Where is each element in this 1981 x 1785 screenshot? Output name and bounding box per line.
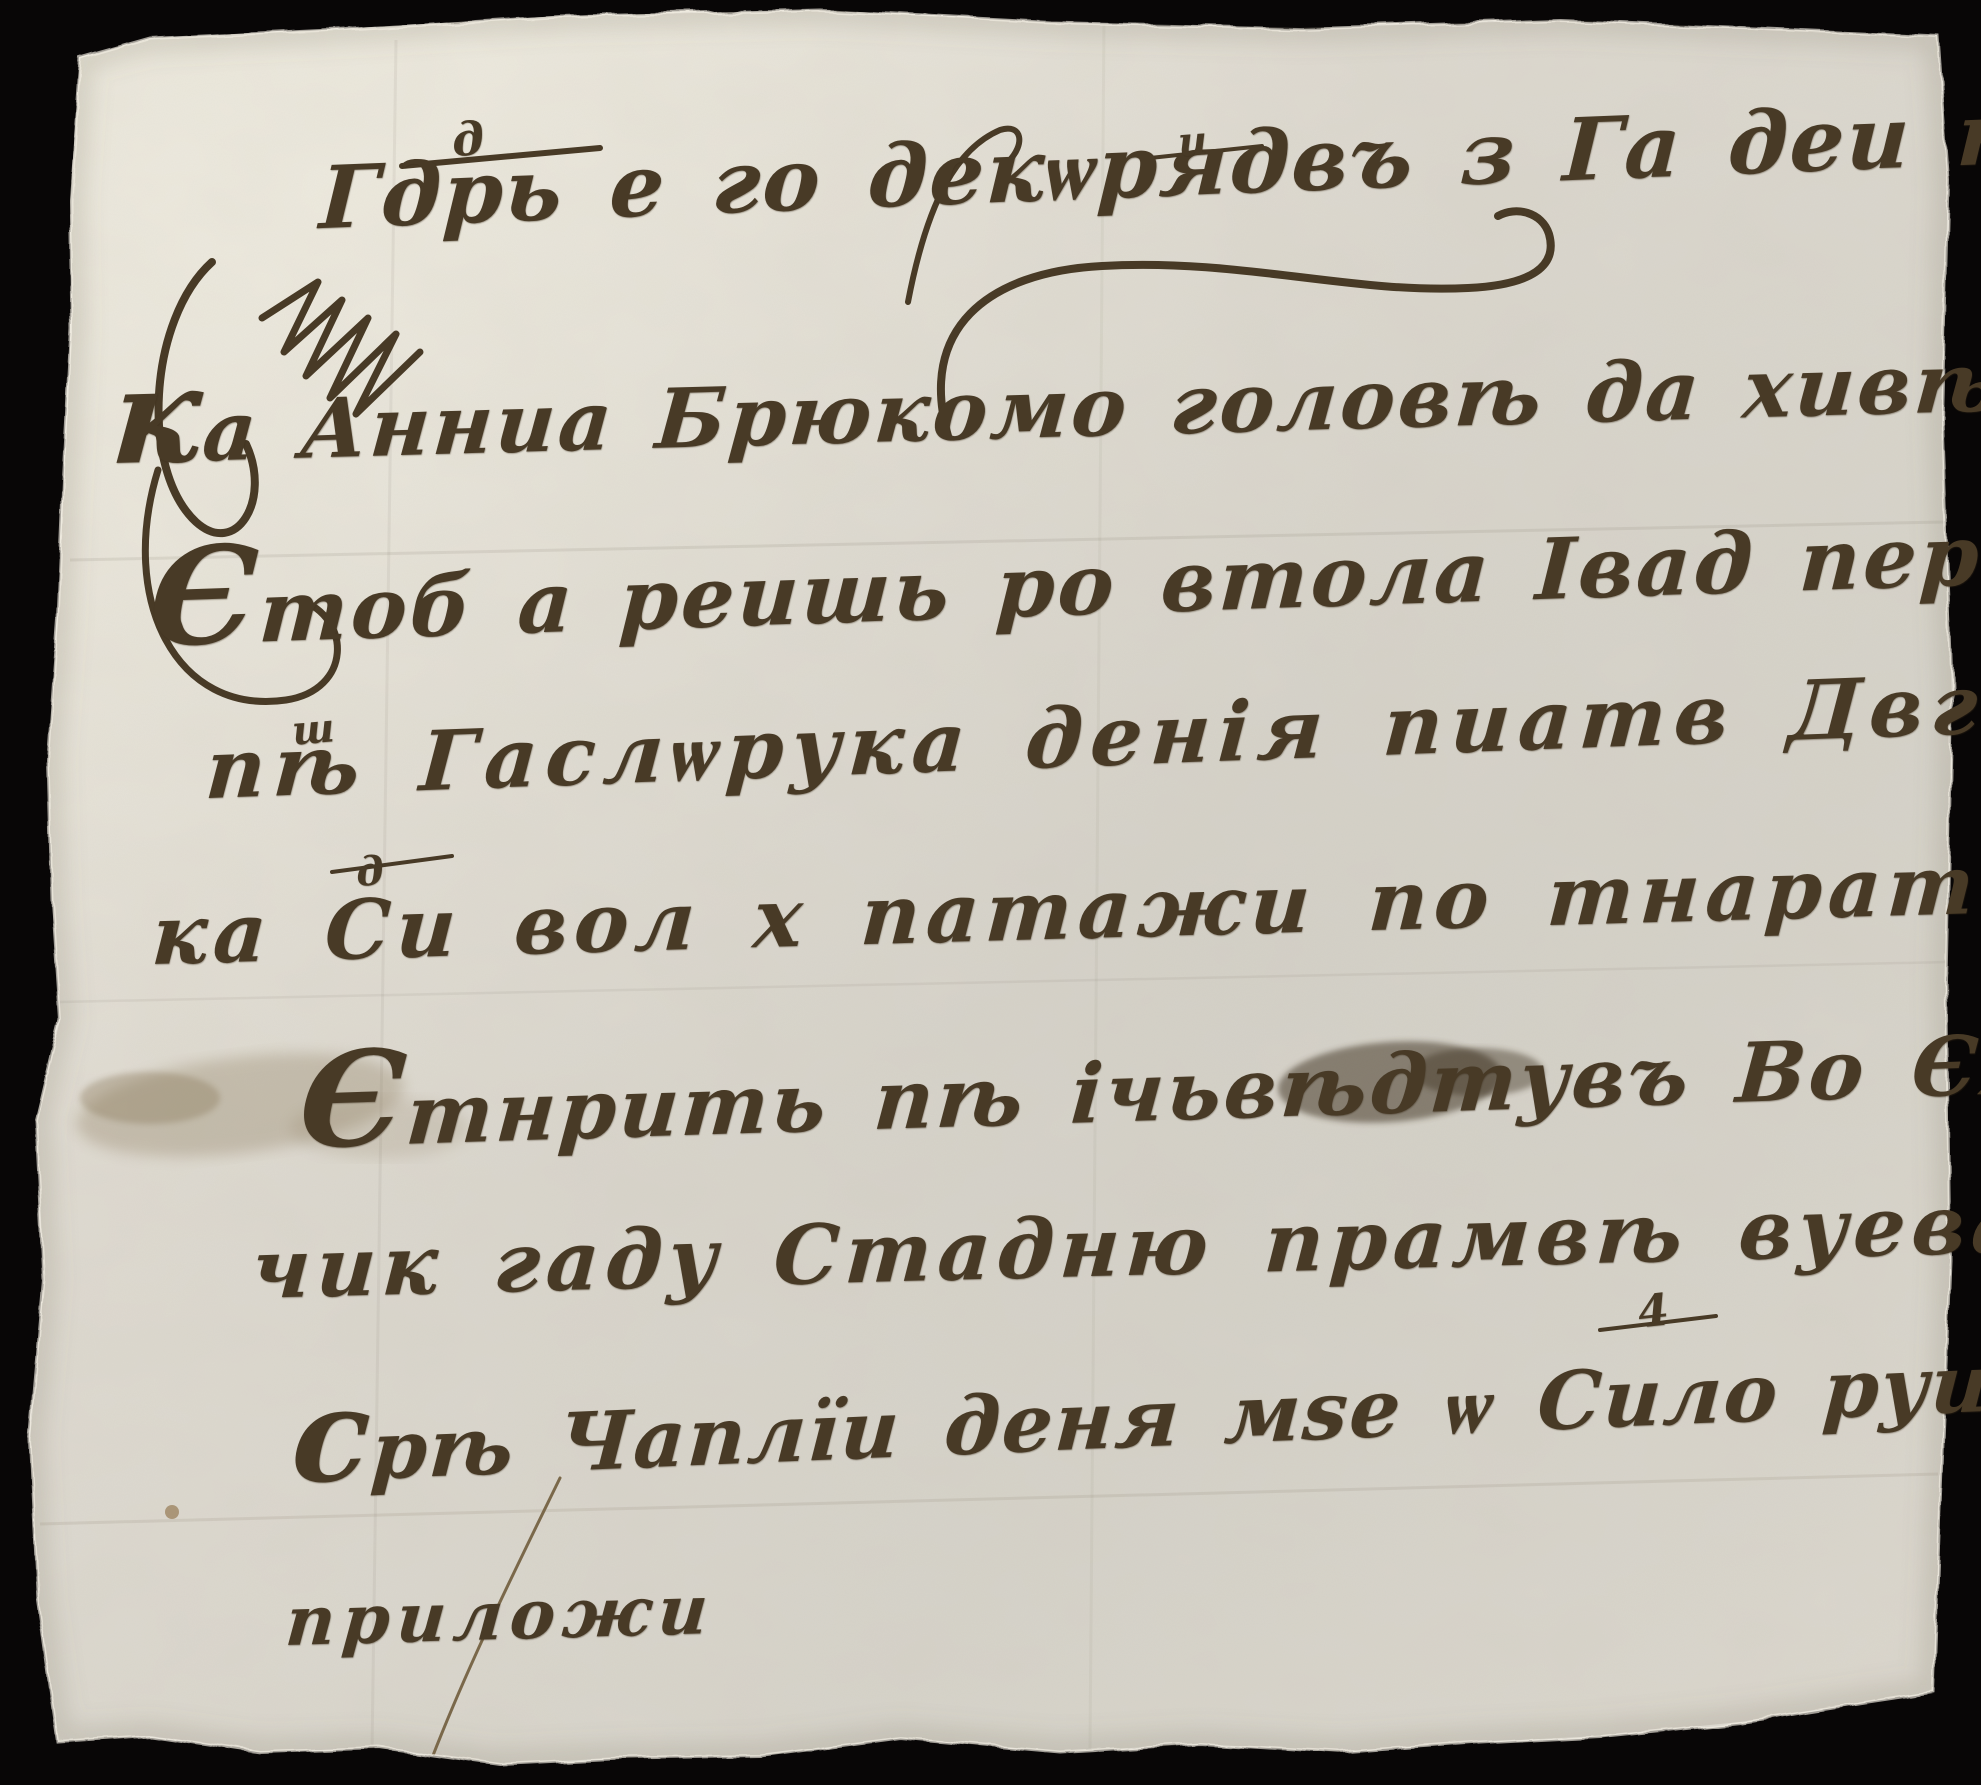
handwriting-line-9: приложи xyxy=(283,1570,718,1662)
superscript-mark-digit-4: 4 xyxy=(1635,1285,1671,1339)
handwriting-line-2: ка Анниа Брюкомо головѣ да хивѣ у чида а… xyxy=(108,298,1981,483)
superscript-mark-1: д xyxy=(450,111,486,167)
handwriting-line-6: Єтнрить пѣ ічьвѣдтувъ Во Єхо і повураю xyxy=(296,978,1981,1167)
handwriting-line-5: ка Си вол х патажи по тнарата спих до xyxy=(149,822,1981,984)
superscript-mark-4: д xyxy=(354,847,386,896)
superscript-mark-2: и xyxy=(1176,117,1208,166)
handwriting-line-7: чик гаду Стадню прамвѣ вуева пошлишь xyxy=(249,1161,1981,1318)
handwriting-line-3: Єтоб а реишь ро втола Івад пер Слѣворвъ xyxy=(147,468,1981,665)
handwriting-line-1: Гдрь е го декѡрядвъ з Га деи нката сево xyxy=(318,62,1981,250)
handwriting-line-8: срѣ Чаплїи деня мѕе ѡ Сило руид xyxy=(288,1316,1981,1502)
handwriting-line-4: пѣ Гаслѡрука денія пиатв Двгіи дѣлѡ xyxy=(203,640,1981,818)
manuscript-scan: Гдрь е го декѡрядвъ з Га деи нката сево … xyxy=(0,0,1981,1785)
handwriting-layer: Гдрь е го декѡрядвъ з Га деи нката сево … xyxy=(0,0,1981,1785)
superscript-mark-3: ш xyxy=(290,704,336,755)
